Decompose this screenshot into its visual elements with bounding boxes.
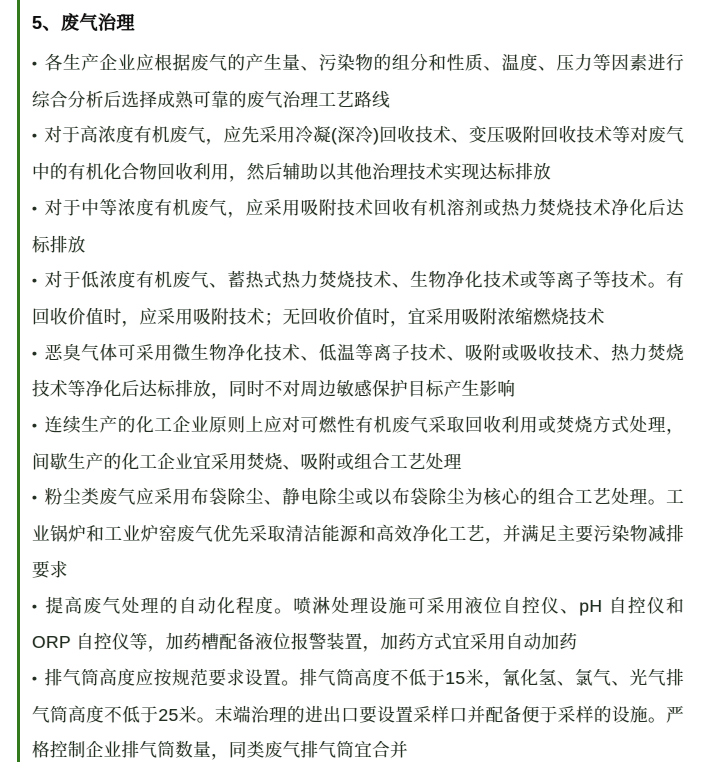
bullet-icon: • (32, 336, 37, 372)
list-item: •各生产企业应根据废气的产生量、污染物的组分和性质、温度、压力等因素进行综合分析… (32, 46, 684, 118)
bullet-list: •各生产企业应根据废气的产生量、污染物的组分和性质、温度、压力等因素进行综合分析… (32, 46, 684, 762)
bullet-icon: • (32, 480, 37, 516)
paragraph-text: 粉尘类废气应采用布袋除尘、静电除尘或以布袋除尘为核心的组合工艺处理。工业锅炉和工… (32, 487, 684, 579)
paragraph-text: 提高废气处理的自动化程度。喷淋处理设施可采用液位自控仪、pH 自控仪和ORP 自… (32, 596, 684, 653)
paragraph-text: 各生产企业应根据废气的产生量、污染物的组分和性质、温度、压力等因素进行综合分析后… (32, 53, 684, 110)
bullet-icon: • (32, 46, 37, 82)
document-content-panel: 5、废气治理 •各生产企业应根据废气的产生量、污染物的组分和性质、温度、压力等因… (17, 0, 715, 762)
bullet-icon: • (32, 408, 37, 444)
paragraph-text: 对于低浓度有机废气、蓄热式热力焚烧技术、生物净化技术或等离子等技术。有回收价值时… (32, 270, 684, 327)
bullet-icon: • (32, 118, 37, 154)
list-item: •恶臭气体可采用微生物净化技术、低温等离子技术、吸附或吸收技术、热力焚烧技术等净… (32, 336, 684, 408)
list-item: •对于高浓度有机废气，应先采用冷凝(深冷)回收技术、变压吸附回收技术等对废气中的… (32, 118, 684, 190)
bullet-icon: • (32, 589, 37, 625)
list-item: •排气筒高度应按规范要求设置。排气筒高度不低于15米，氰化氢、氯气、光气排气筒高… (32, 661, 684, 762)
paragraph-text: 恶臭气体可采用微生物净化技术、低温等离子技术、吸附或吸收技术、热力焚烧技术等净化… (32, 343, 684, 400)
page-title: 5、废气治理 (32, 10, 684, 36)
list-item: •粉尘类废气应采用布袋除尘、静电除尘或以布袋除尘为核心的组合工艺处理。工业锅炉和… (32, 480, 684, 588)
bullet-icon: • (32, 661, 37, 697)
bullet-icon: • (32, 191, 37, 227)
list-item: •对于中等浓度有机废气，应采用吸附技术回收有机溶剂或热力焚烧技术净化后达标排放 (32, 191, 684, 263)
paragraph-text: 排气筒高度应按规范要求设置。排气筒高度不低于15米，氰化氢、氯气、光气排气筒高度… (32, 668, 684, 760)
list-item: •对于低浓度有机废气、蓄热式热力焚烧技术、生物净化技术或等离子等技术。有回收价值… (32, 263, 684, 335)
bullet-icon: • (32, 263, 37, 299)
paragraph-text: 对于高浓度有机废气，应先采用冷凝(深冷)回收技术、变压吸附回收技术等对废气中的有… (32, 125, 684, 182)
list-item: •连续生产的化工企业原则上应对可燃性有机废气采取回收利用或焚烧方式处理，间歇生产… (32, 408, 684, 480)
list-item: •提高废气处理的自动化程度。喷淋处理设施可采用液位自控仪、pH 自控仪和ORP … (32, 589, 684, 661)
paragraph-text: 对于中等浓度有机废气，应采用吸附技术回收有机溶剂或热力焚烧技术净化后达标排放 (32, 198, 684, 255)
paragraph-text: 连续生产的化工企业原则上应对可燃性有机废气采取回收利用或焚烧方式处理，间歇生产的… (32, 415, 684, 472)
